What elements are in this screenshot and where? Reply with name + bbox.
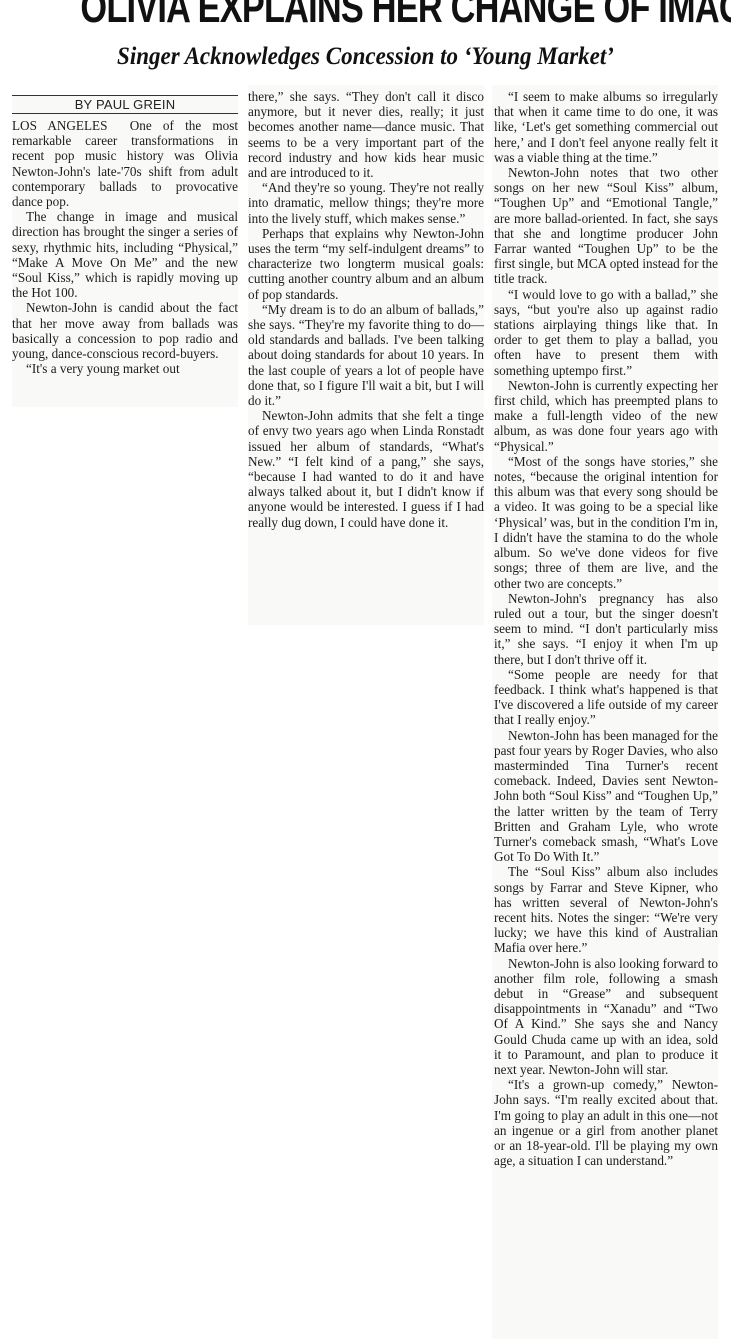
paragraph: Newton-John notes that two other songs o…: [494, 165, 718, 287]
dateline: LOS ANGELES: [12, 118, 107, 133]
paragraph: “And they're so young. They're not reall…: [248, 180, 484, 226]
paragraph: Newton-John is also looking forward to a…: [494, 956, 718, 1078]
paragraph: “I seem to make albums so irregularly th…: [494, 89, 718, 165]
byline-rule: BY PAUL GREIN: [12, 95, 238, 114]
paragraph: Newton-John is currently expecting her f…: [494, 378, 718, 454]
paragraph-continued: there,” she says. “They don't call it di…: [248, 89, 484, 180]
paragraph: Newton-John admits that she felt a tinge…: [248, 408, 484, 530]
paragraph: Newton-John is candid about the fact tha…: [12, 300, 238, 361]
lead-paragraph: LOS ANGELES One of the most remarkable c…: [12, 118, 238, 209]
paragraph: “Most of the songs have stories,” she no…: [494, 454, 718, 591]
paragraph: The “Soul Kiss” album also includes song…: [494, 864, 718, 955]
paragraph: Newton-John's pregnancy has also ruled o…: [494, 591, 718, 667]
byline: BY PAUL GREIN: [12, 97, 238, 113]
paragraph: Newton-John has been managed for the pas…: [494, 728, 718, 865]
headline: OLIVIA EXPLAINS HER CHANGE OF IMAGE: [80, 0, 650, 30]
article-column-2: there,” she says. “They don't call it di…: [248, 85, 484, 625]
subheadline: Singer Acknowledges Concession to ‘Young…: [29, 42, 702, 72]
paragraph: “Some people are needy for that feedback…: [494, 667, 718, 728]
article-column-1: BY PAUL GREIN LOS ANGELES One of the mos…: [12, 95, 238, 407]
paragraph: “I would love to go with a ballad,” she …: [494, 287, 718, 378]
article-column-3: “I seem to make albums so irregularly th…: [492, 85, 718, 1339]
paragraph: Perhaps that explains why Newton-John us…: [248, 226, 484, 302]
paragraph: “My dream is to do an album of ballads,”…: [248, 302, 484, 408]
paragraph: “It's a grown-up comedy,” Newton-John sa…: [494, 1077, 718, 1168]
paragraph: “It's a very young market out: [12, 361, 238, 376]
paragraph: The change in image and musical directio…: [12, 209, 238, 300]
